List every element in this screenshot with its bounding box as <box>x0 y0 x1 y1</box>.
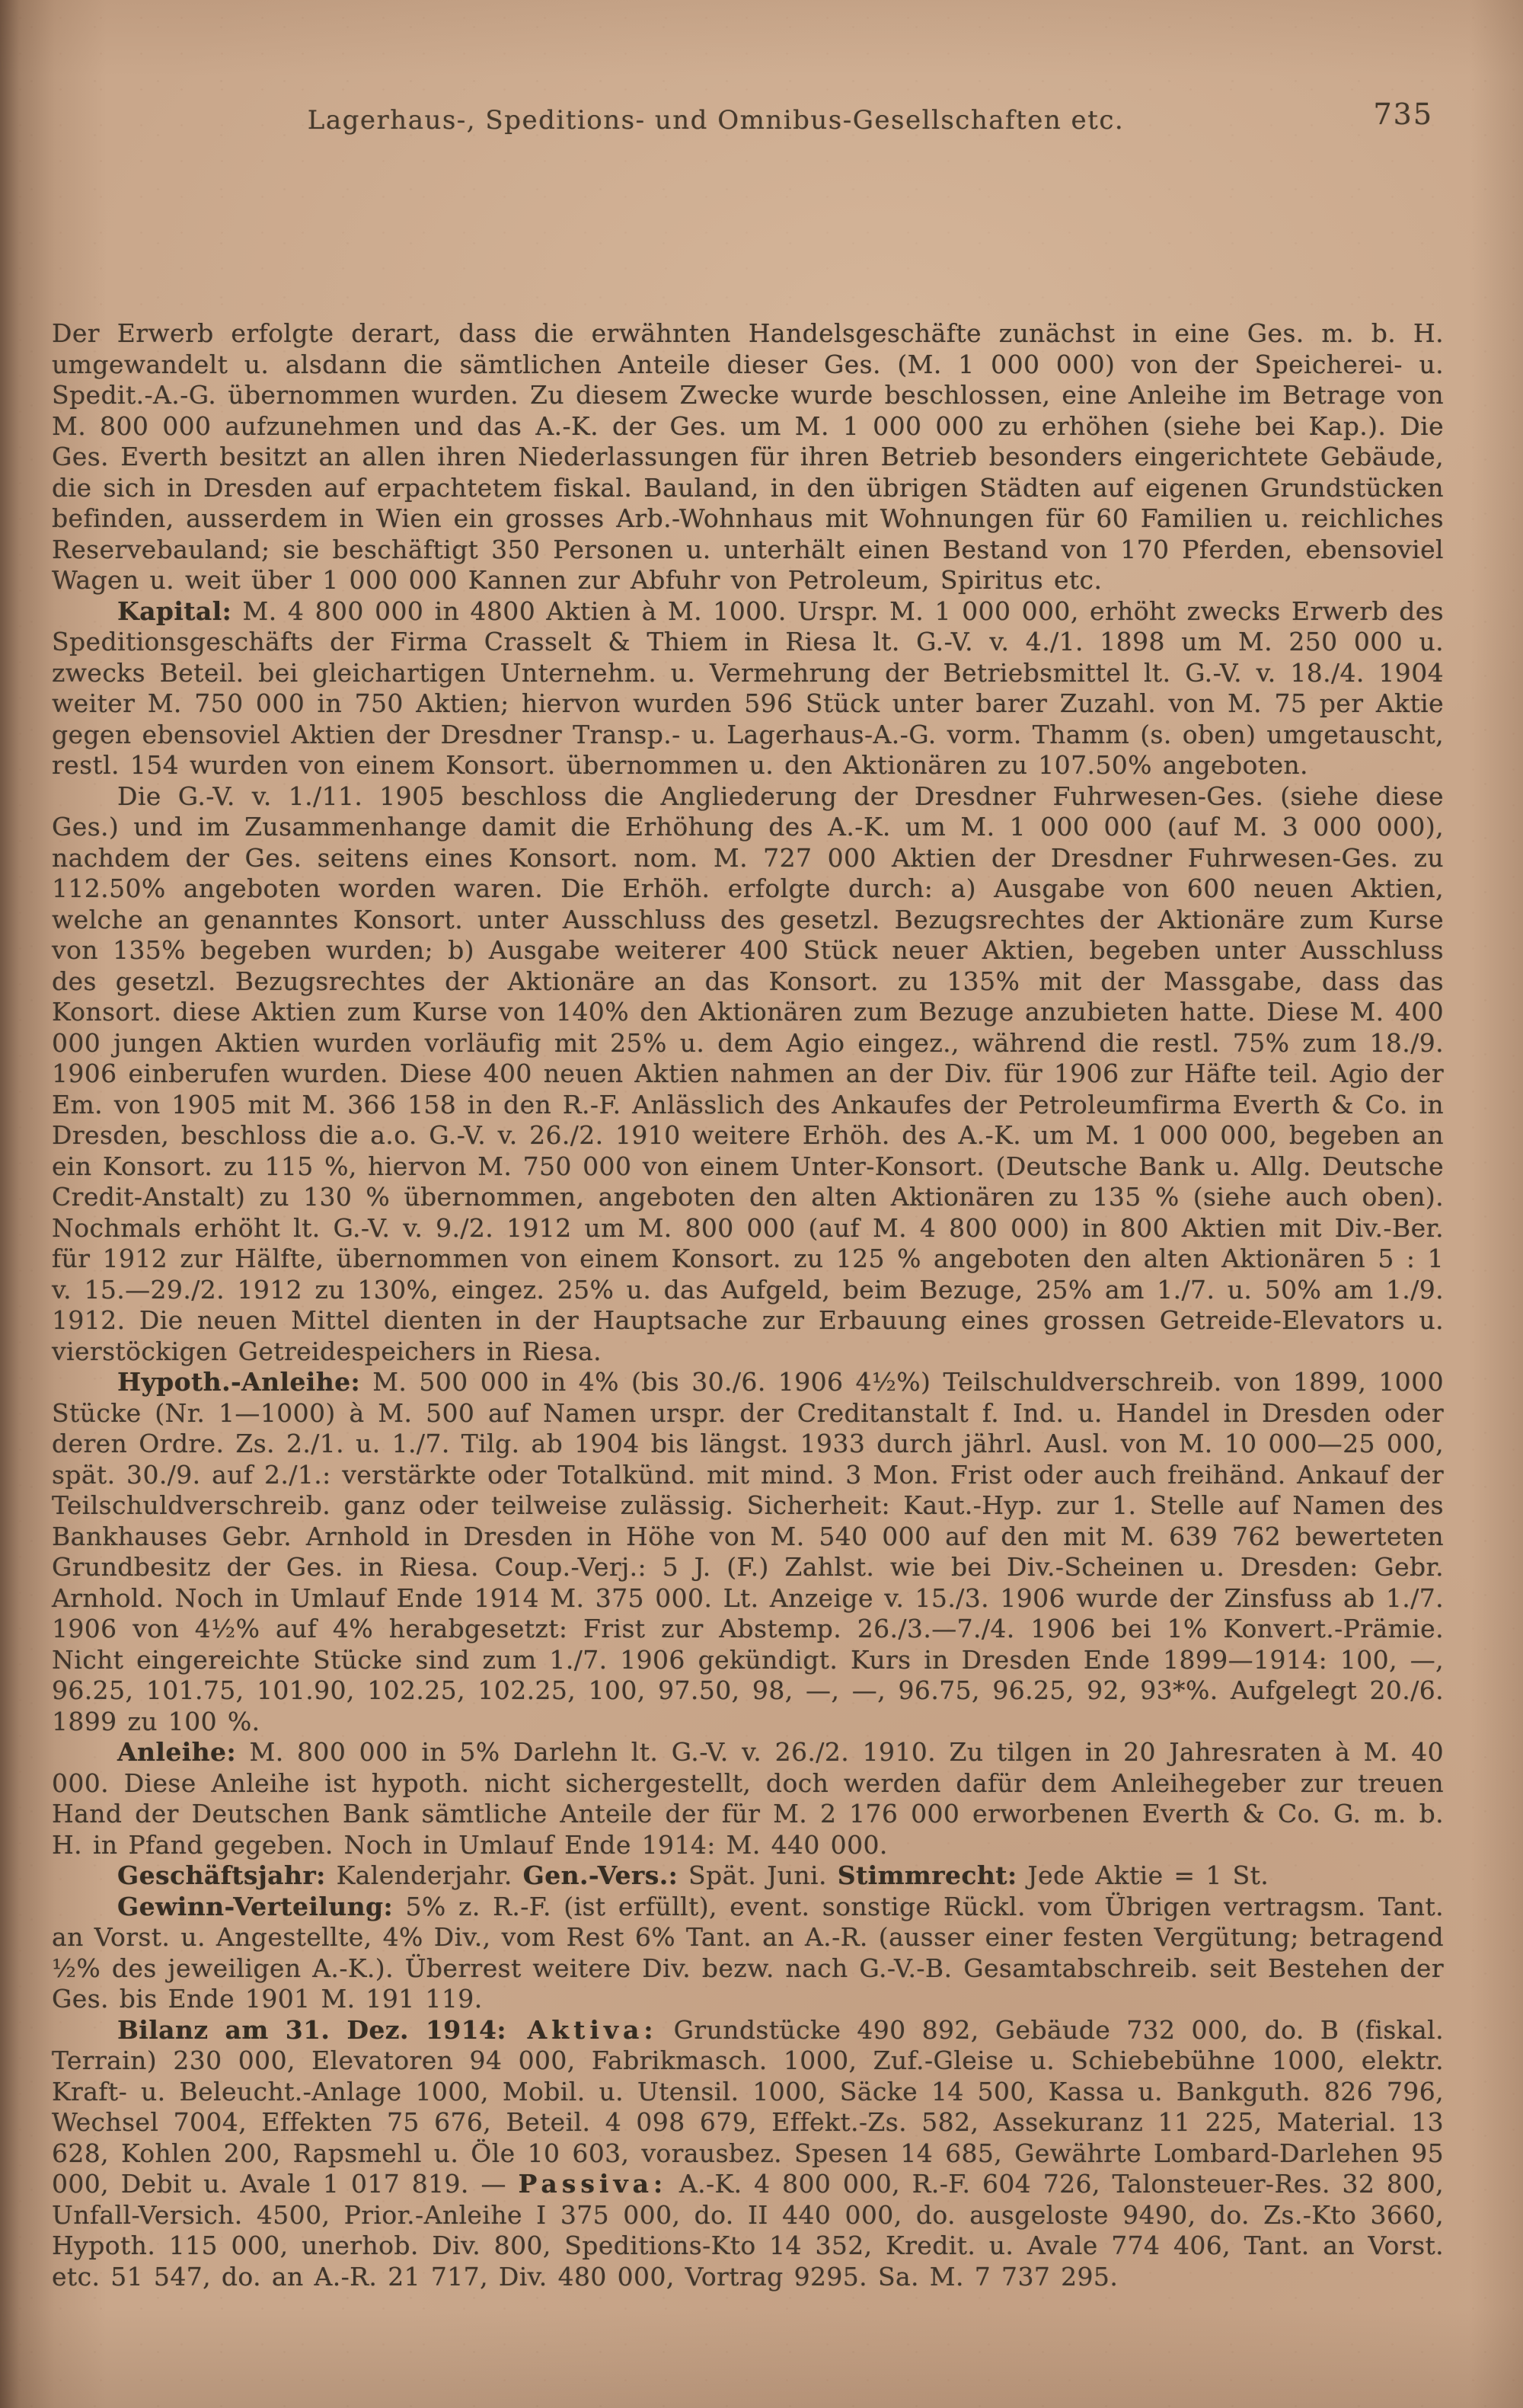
bold-label: Geschäftsjahr: <box>117 1860 326 1890</box>
paragraph-kapital-erhoehungen: Die G.-V. v. 1./11. 1905 beschloss die A… <box>52 781 1444 1368</box>
paragraph-gewinn-verteilung: Gewinn-Verteilung: 5% z. R.-F. (ist erfü… <box>52 1892 1444 2015</box>
bold-label: Kapital: <box>117 596 231 626</box>
text-segment: Der Erwerb erfolgte derart, dass die erw… <box>52 318 1444 595</box>
bold-label: Bilanz am 31. Dez. 1914: <box>117 2015 506 2045</box>
bold-label: Hypoth.-Anleihe: <box>117 1367 360 1397</box>
paragraph-intro: Der Erwerb erfolgte derart, dass die erw… <box>52 318 1444 596</box>
paragraph-kapital: Kapital: M. 4 800 000 in 4800 Aktien à M… <box>52 596 1444 781</box>
spaced-label: Aktiva: <box>506 2015 658 2045</box>
bold-label: Anleihe: <box>117 1737 236 1767</box>
paragraph-anleihe: Anleihe: M. 800 000 in 5% Darlehn lt. G.… <box>52 1737 1444 1860</box>
text-segment: M. 800 000 in 5% Darlehn lt. G.-V. v. 26… <box>52 1737 1444 1860</box>
text-segment: M. 4 800 000 in 4800 Aktien à M. 1000. U… <box>52 596 1444 781</box>
bold-label: Gen.-Vers.: <box>523 1860 678 1890</box>
paragraph-geschaeftsjahr: Geschäftsjahr: Kalenderjahr. Gen.-Vers.:… <box>52 1860 1444 1892</box>
paragraph-hypoth-anleihe: Hypoth.-Anleihe: M. 500 000 in 4% (bis 3… <box>52 1367 1444 1737</box>
running-title: Lagerhaus-, Speditions- und Omnibus-Gese… <box>308 105 1124 136</box>
page-header: Lagerhaus-, Speditions- und Omnibus-Gese… <box>0 0 1523 151</box>
text-segment: M. 500 000 in 4% (bis 30./6. 1906 4½%) T… <box>52 1367 1444 1736</box>
spaced-label: Passiva: <box>518 2169 667 2199</box>
text-segment: Die G.-V. v. 1./11. 1905 beschloss die A… <box>52 781 1444 1366</box>
bold-label: Stimmrecht: <box>838 1860 1017 1890</box>
page-number: 735 <box>1373 97 1433 131</box>
bold-label: Gewinn-Verteilung: <box>117 1892 393 1921</box>
text-segment: Jede Aktie = 1 St. <box>1017 1860 1269 1890</box>
scanned-book-page: Lagerhaus-, Speditions- und Omnibus-Gese… <box>0 0 1523 2408</box>
text-segment: Kalenderjahr. <box>326 1860 523 1890</box>
page-body: Der Erwerb erfolgte derart, dass die erw… <box>52 318 1444 2292</box>
text-segment: Spät. Juni. <box>678 1860 838 1890</box>
paragraph-bilanz: Bilanz am 31. Dez. 1914: Aktiva: Grundst… <box>52 2015 1444 2293</box>
